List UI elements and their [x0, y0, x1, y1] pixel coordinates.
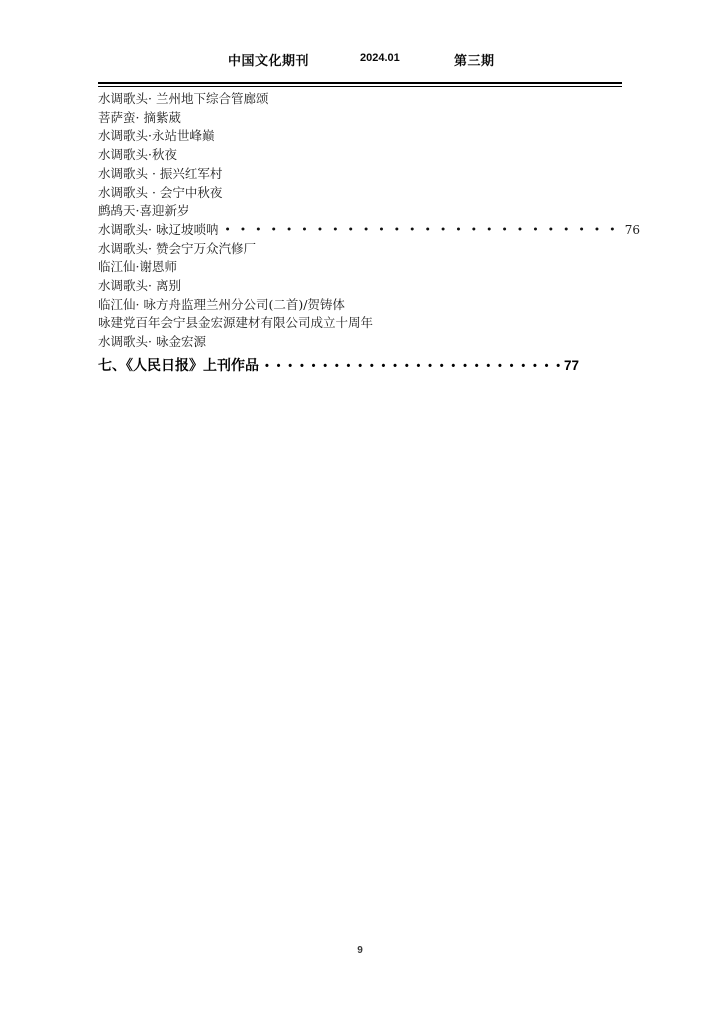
- toc-entry: 临江仙· 咏方舟监理兰州分公司(二首)/贺铸体: [98, 296, 658, 315]
- toc-entry-title: 鹧鸪天·喜迎新岁: [98, 203, 189, 218]
- toc-entry-title: 水调歌头 · 振兴红军村: [98, 166, 222, 181]
- toc-entry-title: 水调歌头 · 会宁中秋夜: [98, 185, 222, 200]
- toc-entry-title: 水调歌头·秋夜: [98, 147, 177, 162]
- toc-entry: 水调歌头·秋夜: [98, 146, 658, 165]
- toc-entry: 水调歌头· 赞会宁万众汽修厂: [98, 240, 658, 259]
- toc-entry: 水调歌头· 咏辽坡唢呐••••••••••••••••••••••••••76: [98, 221, 658, 240]
- toc-entry: 水调歌头· 兰州地下综合管廊颂: [98, 90, 658, 109]
- document-page: 中国文化期刊 2024.01 第三期 水调歌头· 兰州地下综合管廊颂菩萨蛮· 摘…: [0, 0, 720, 1018]
- toc-list: 水调歌头· 兰州地下综合管廊颂菩萨蛮· 摘紫葳水调歌头·永站世峰巅水调歌头·秋夜…: [98, 90, 658, 376]
- toc-entry: 水调歌头· 离别: [98, 277, 658, 296]
- page-footer: 9: [0, 938, 720, 957]
- toc-entry: 临江仙·谢恩师: [98, 258, 658, 277]
- toc-entry-title: 水调歌头· 兰州地下综合管廊颂: [98, 91, 268, 106]
- journal-title: 中国文化期刊: [228, 50, 309, 69]
- toc-entry-title: 七、《人民日报》上刊作品: [98, 357, 259, 373]
- toc-entry: 水调歌头 · 振兴红军村: [98, 165, 658, 184]
- dot-leader: ••••••••••••••••••••••••••: [265, 356, 568, 376]
- toc-page-number: 76: [625, 223, 640, 237]
- toc-entry: 水调歌头 · 会宁中秋夜: [98, 184, 658, 203]
- toc-entry: 七、《人民日报》上刊作品••••••••••••••••••••••••••77: [98, 355, 658, 376]
- toc-entry-title: 水调歌头· 咏辽坡唢呐: [98, 222, 218, 237]
- issue-date: 2024.01: [360, 52, 400, 64]
- toc-entry: 水调歌头· 咏金宏源: [98, 333, 658, 352]
- toc-entry: 鹧鸪天·喜迎新岁: [98, 202, 658, 221]
- dot-leader: ••••••••••••••••••••••••••: [224, 221, 624, 240]
- toc-entry-title: 菩萨蛮· 摘紫葳: [98, 110, 181, 125]
- toc-entry-title: 水调歌头· 离别: [98, 278, 181, 293]
- header-double-rule: [98, 82, 622, 87]
- toc-entry-title: 临江仙·谢恩师: [98, 259, 177, 274]
- toc-entry-title: 水调歌头·永站世峰巅: [98, 128, 214, 143]
- issue-number: 第三期: [454, 50, 495, 69]
- toc-entry-title: 临江仙· 咏方舟监理兰州分公司(二首)/贺铸体: [98, 297, 345, 312]
- toc-entry-title: 水调歌头· 赞会宁万众汽修厂: [98, 241, 256, 256]
- toc-entry-title: 咏建党百年会宁县金宏源建材有限公司成立十周年: [98, 315, 373, 330]
- page-number: 9: [357, 945, 363, 956]
- toc-entry: 水调歌头·永站世峰巅: [98, 127, 658, 146]
- toc-entry: 菩萨蛮· 摘紫葳: [98, 109, 658, 128]
- toc-entry-title: 水调歌头· 咏金宏源: [98, 334, 206, 349]
- toc-entry: 咏建党百年会宁县金宏源建材有限公司成立十周年: [98, 314, 658, 333]
- toc-page-number: 77: [564, 358, 579, 373]
